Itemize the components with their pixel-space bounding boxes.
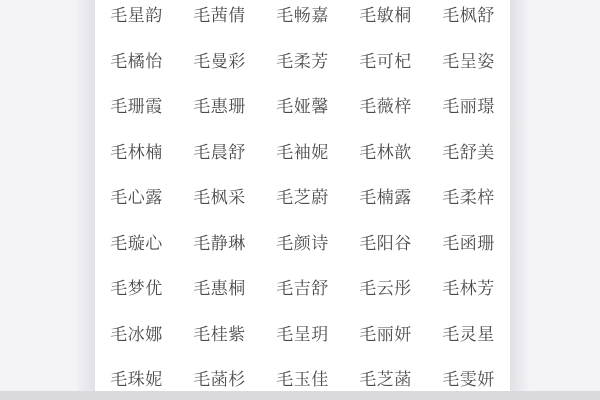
name-row: 毛林楠毛晨舒毛袖妮毛林歆毛舒美 [95, 128, 510, 174]
name-item: 毛曼彩 [178, 37, 261, 83]
name-item: 毛柔芳 [261, 37, 344, 83]
name-item: 毛晨舒 [178, 128, 261, 174]
name-item: 毛吉舒 [261, 264, 344, 310]
name-item: 毛菡杉 [178, 355, 261, 391]
name-row: 毛橘怡毛曼彩毛柔芳毛可杞毛呈姿 [95, 37, 510, 83]
name-item: 毛枫采 [178, 173, 261, 219]
name-item: 毛娅馨 [261, 82, 344, 128]
name-item: 毛惠桐 [178, 264, 261, 310]
name-item: 毛可杞 [344, 37, 427, 83]
name-list-card: 毛星韵毛茜倩毛畅嘉毛敏桐毛枫舒毛橘怡毛曼彩毛柔芳毛可杞毛呈姿毛珊霞毛惠珊毛娅馨毛… [95, 0, 510, 391]
name-item: 毛袖妮 [261, 128, 344, 174]
name-item: 毛芝蔚 [261, 173, 344, 219]
name-item: 毛函珊 [427, 219, 510, 265]
name-item: 毛楠露 [344, 173, 427, 219]
name-item: 毛橘怡 [95, 37, 178, 83]
name-item: 毛呈姿 [427, 37, 510, 83]
name-item: 毛茜倩 [178, 0, 261, 37]
name-item: 毛珠妮 [95, 355, 178, 391]
name-row: 毛璇心毛静琳毛颜诗毛阳谷毛函珊 [95, 219, 510, 265]
name-item: 毛梦优 [95, 264, 178, 310]
name-item: 毛舒美 [427, 128, 510, 174]
name-item: 毛薇梓 [344, 82, 427, 128]
name-row: 毛心露毛枫采毛芝蔚毛楠露毛柔梓 [95, 173, 510, 219]
name-item: 毛心露 [95, 173, 178, 219]
name-grid: 毛星韵毛茜倩毛畅嘉毛敏桐毛枫舒毛橘怡毛曼彩毛柔芳毛可杞毛呈姿毛珊霞毛惠珊毛娅馨毛… [95, 0, 510, 391]
name-row: 毛冰娜毛桂紫毛呈玥毛丽妍毛灵星 [95, 310, 510, 356]
name-item: 毛颜诗 [261, 219, 344, 265]
name-item: 毛雯妍 [427, 355, 510, 391]
card-left-shadow [76, 0, 95, 391]
name-item: 毛丽妍 [344, 310, 427, 356]
name-row: 毛梦优毛惠桐毛吉舒毛云彤毛林芳 [95, 264, 510, 310]
name-item: 毛星韵 [95, 0, 178, 37]
name-row: 毛珠妮毛菡杉毛玉佳毛芝菡毛雯妍 [95, 355, 510, 391]
name-item: 毛枫舒 [427, 0, 510, 37]
name-item: 毛灵星 [427, 310, 510, 356]
name-item: 毛芝菡 [344, 355, 427, 391]
bottom-bar [0, 391, 600, 400]
name-item: 毛璇心 [95, 219, 178, 265]
name-item: 毛静琳 [178, 219, 261, 265]
name-item: 毛畅嘉 [261, 0, 344, 37]
name-item: 毛丽璟 [427, 82, 510, 128]
name-item: 毛林歆 [344, 128, 427, 174]
name-item: 毛玉佳 [261, 355, 344, 391]
name-item: 毛冰娜 [95, 310, 178, 356]
name-item: 毛阳谷 [344, 219, 427, 265]
name-item: 毛云彤 [344, 264, 427, 310]
name-row: 毛珊霞毛惠珊毛娅馨毛薇梓毛丽璟 [95, 82, 510, 128]
card-right-shadow [510, 0, 529, 391]
name-item: 毛惠珊 [178, 82, 261, 128]
name-item: 毛珊霞 [95, 82, 178, 128]
name-item: 毛桂紫 [178, 310, 261, 356]
name-item: 毛柔梓 [427, 173, 510, 219]
name-item: 毛林芳 [427, 264, 510, 310]
name-item: 毛林楠 [95, 128, 178, 174]
name-item: 毛呈玥 [261, 310, 344, 356]
name-item: 毛敏桐 [344, 0, 427, 37]
name-row: 毛星韵毛茜倩毛畅嘉毛敏桐毛枫舒 [95, 0, 510, 37]
